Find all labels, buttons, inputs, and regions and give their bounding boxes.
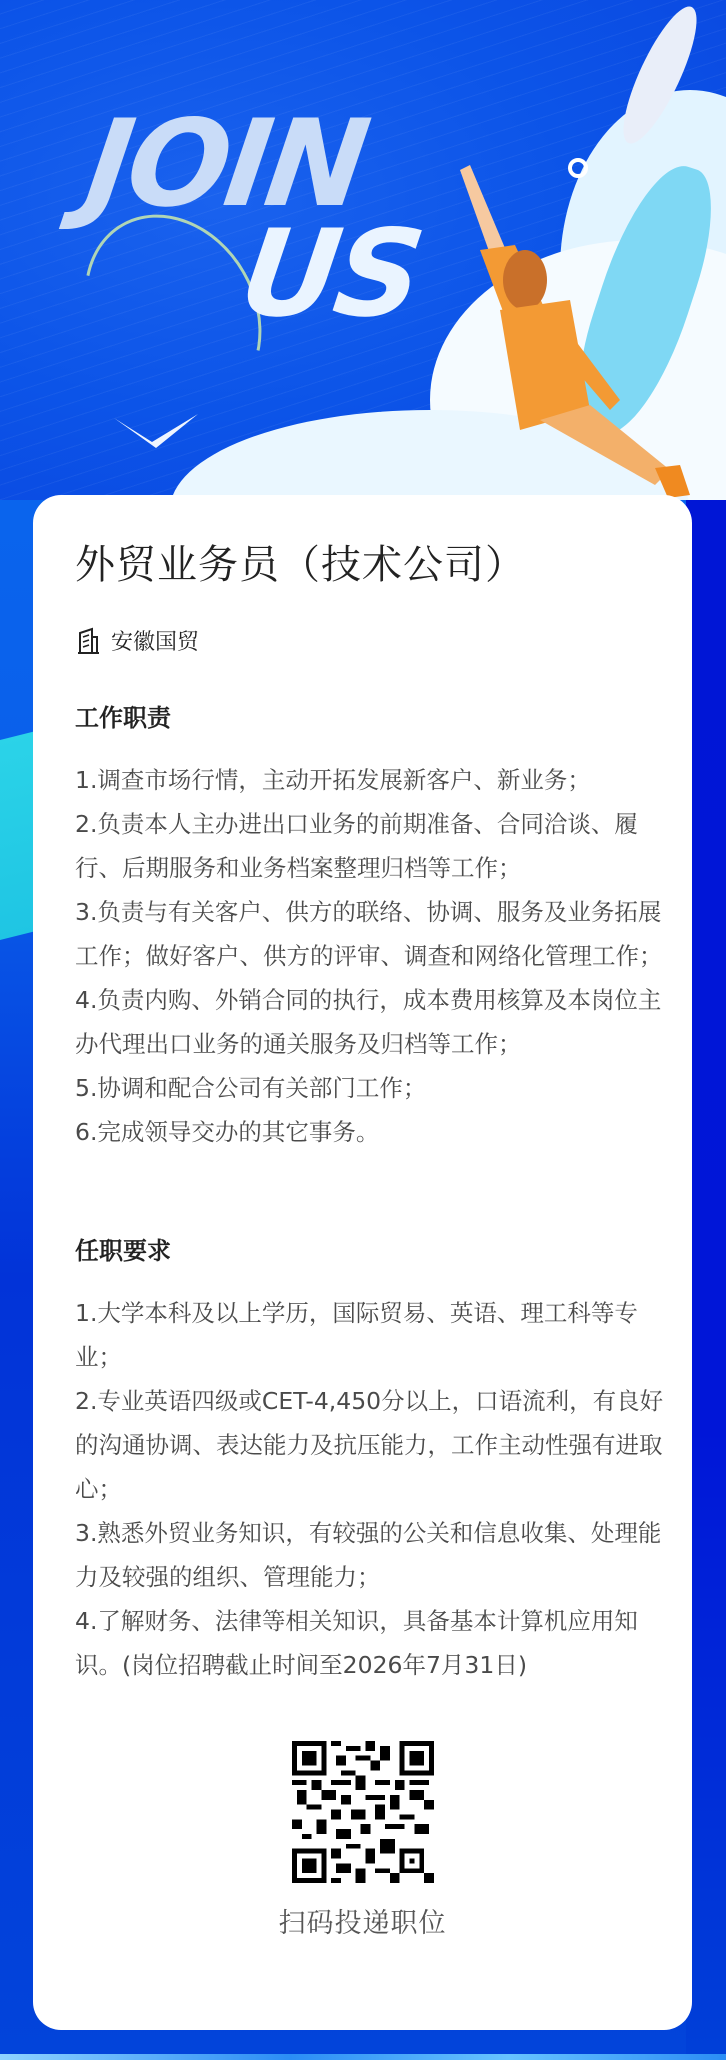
bird-icon: [112, 412, 202, 452]
responsibilities-list: 1.调查市场行情，主动开拓发展新客户、新业务； 2.负责本人主办进出口业务的前期…: [75, 758, 665, 1154]
requirements-heading: 任职要求: [75, 1235, 665, 1267]
jumping-person-illustration: [440, 150, 700, 500]
list-item: 6.完成领导交办的其它事务。: [75, 1110, 665, 1154]
building-icon: [76, 627, 101, 655]
qr-code-icon[interactable]: [292, 1741, 434, 1883]
list-item: 3.熟悉外贸业务知识，有较强的公关和信息收集、处理能力及较强的组织、管理能力；: [75, 1511, 665, 1599]
hero-headline: JOIN US: [65, 110, 442, 330]
responsibilities-heading: 工作职责: [75, 702, 665, 734]
background-left-decoration: [0, 732, 34, 940]
hero-headline-us: US: [65, 220, 426, 330]
requirements-list: 1.大学本科及以上学历，国际贸易、英语、理工科等专业； 2.专业英语四级或CET…: [75, 1291, 665, 1687]
list-item: 2.专业英语四级或CET-4,450分以上，口语流利，有良好的沟通协调、表达能力…: [75, 1379, 665, 1511]
list-item: 3.负责与有关客户、供方的联络、协调、服务及业务拓展工作；做好客户、供方的评审、…: [75, 890, 665, 978]
qr-caption: 扫码投递职位: [279, 1901, 447, 1940]
requirements-section: 任职要求 1.大学本科及以上学历，国际贸易、英语、理工科等专业； 2.专业英语四…: [75, 1235, 665, 1687]
job-title: 外贸业务员（技术公司）: [75, 537, 526, 593]
list-item: 1.调查市场行情，主动开拓发展新客户、新业务；: [75, 758, 665, 802]
background-bottom-strip: [0, 2054, 726, 2060]
company-name: 安徽国贸: [111, 625, 199, 656]
list-item: 1.大学本科及以上学历，国际贸易、英语、理工科等专业；: [75, 1291, 665, 1379]
list-item: 2.负责本人主办进出口业务的前期准备、合同洽谈、履行、后期服务和业务档案整理归档…: [75, 802, 665, 890]
background-right-band: [686, 480, 726, 2060]
company-row: 安徽国贸: [76, 625, 199, 656]
hero-banner: JOIN US: [0, 0, 726, 500]
job-card: 外贸业务员（技术公司） 安徽国贸 工作职责 1.调查市场行情，主动开拓发展新客户…: [33, 495, 692, 2030]
list-item: 4.了解财务、法律等相关知识，具备基本计算机应用知识。(岗位招聘截止时间至202…: [75, 1599, 665, 1687]
apply-block: 扫码投递职位: [33, 1741, 692, 1940]
list-item: 4.负责内购、外销合同的执行，成本费用核算及本岗位主办代理出口业务的通关服务及归…: [75, 978, 665, 1066]
list-item: 5.协调和配合公司有关部门工作；: [75, 1066, 665, 1110]
responsibilities-section: 工作职责 1.调查市场行情，主动开拓发展新客户、新业务； 2.负责本人主办进出口…: [75, 702, 665, 1154]
